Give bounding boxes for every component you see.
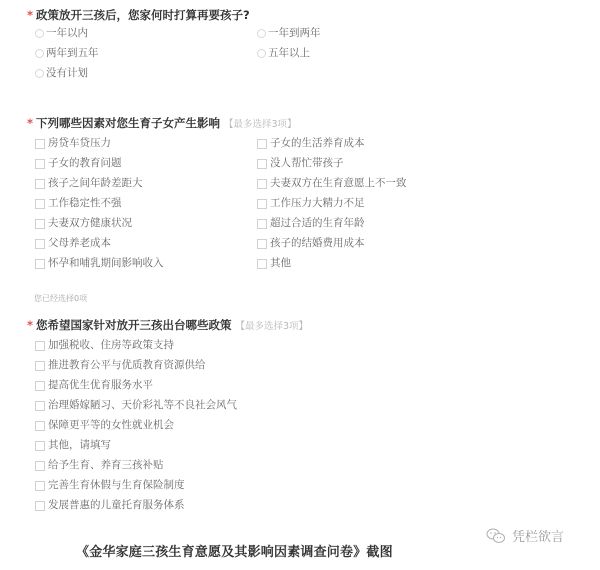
q1-option-no-plan[interactable]: 没有计划 — [35, 67, 88, 80]
q2-option[interactable]: 子女的教育问题 — [35, 157, 122, 170]
checkbox[interactable] — [35, 481, 45, 491]
q2-option[interactable]: 其他 — [257, 257, 291, 270]
q1-option-over-five-years[interactable]: 五年以上 — [257, 47, 310, 60]
option-label: 子女的生活养育成本 — [270, 137, 365, 150]
checkbox[interactable] — [257, 219, 267, 229]
image-caption: 《金华家庭三孩生育意愿及其影响因素调查问卷》截图 — [76, 541, 393, 560]
q1-option-within-one-year[interactable]: 一年以内 — [35, 27, 88, 40]
checkbox[interactable] — [35, 179, 45, 189]
question-1-text: 政策放开三孩后，您家何时打算再要孩子? — [36, 8, 250, 22]
q2-option[interactable]: 怀孕和哺乳期间影响收入 — [35, 257, 164, 270]
option-label: 没有计划 — [46, 67, 88, 80]
q3-option[interactable]: 其他，请填写 — [35, 439, 111, 452]
q1-option-two-to-five-years[interactable]: 两年到五年 — [35, 47, 99, 60]
required-mark: * — [27, 8, 33, 22]
option-label: 加强税收、住房等政策支持 — [48, 339, 174, 352]
question-1-title: *政策放开三孩后，您家何时打算再要孩子? — [27, 8, 250, 22]
checkbox[interactable] — [35, 259, 45, 269]
option-label: 提高优生优育服务水平 — [48, 379, 153, 392]
question-3-text: 您希望国家针对放开三孩出台哪些政策 — [36, 318, 232, 332]
wechat-icon — [486, 528, 506, 544]
option-label: 发展普惠的儿童托育服务体系 — [48, 499, 185, 512]
option-label: 其他，请填写 — [48, 439, 111, 452]
option-label: 给予生育、养育三孩补贴 — [48, 459, 164, 472]
watermark-text: 凭栏欲言 — [512, 526, 564, 545]
q2-option[interactable]: 工作压力大精力不足 — [257, 197, 365, 210]
option-label: 一年到两年 — [268, 27, 321, 40]
checkbox[interactable] — [35, 461, 45, 471]
watermark: 凭栏欲言 — [486, 526, 564, 545]
q3-option[interactable]: 推进教育公平与优质教育资源供给 — [35, 359, 206, 372]
option-label: 保障更平等的女性就业机会 — [48, 419, 174, 432]
radio-button[interactable] — [35, 49, 44, 58]
option-label: 孩子的结婚费用成本 — [270, 237, 365, 250]
checkbox[interactable] — [35, 441, 45, 451]
q2-option[interactable]: 孩子的结婚费用成本 — [257, 237, 365, 250]
option-label: 夫妻双方健康状况 — [48, 217, 132, 230]
option-label: 完善生育休假与生育保险制度 — [48, 479, 185, 492]
q2-option[interactable]: 工作稳定性不强 — [35, 197, 122, 210]
checkbox[interactable] — [35, 199, 45, 209]
q3-option[interactable]: 给予生育、养育三孩补贴 — [35, 459, 164, 472]
question-3-title: *您希望国家针对放开三孩出台哪些政策【最多选择3项】 — [27, 318, 308, 334]
radio-button[interactable] — [257, 29, 266, 38]
q2-option[interactable]: 父母养老成本 — [35, 237, 111, 250]
option-label: 房贷车贷压力 — [48, 137, 111, 150]
checkbox[interactable] — [257, 159, 267, 169]
selected-count-text: 您已经选择0项 — [34, 293, 87, 304]
option-label: 推进教育公平与优质教育资源供给 — [48, 359, 206, 372]
option-label: 怀孕和哺乳期间影响收入 — [48, 257, 164, 270]
checkbox[interactable] — [35, 381, 45, 391]
checkbox[interactable] — [35, 159, 45, 169]
q2-option[interactable]: 房贷车贷压力 — [35, 137, 111, 150]
checkbox[interactable] — [257, 179, 267, 189]
q3-option[interactable]: 发展普惠的儿童托育服务体系 — [35, 499, 185, 512]
question-2-text: 下列哪些因素对您生育子女产生影响 — [36, 116, 220, 130]
checkbox[interactable] — [257, 239, 267, 249]
radio-button[interactable] — [35, 29, 44, 38]
radio-button[interactable] — [35, 69, 44, 78]
checkbox[interactable] — [35, 361, 45, 371]
option-label: 孩子之间年龄差距大 — [48, 177, 143, 190]
option-label: 工作稳定性不强 — [48, 197, 122, 210]
option-label: 两年到五年 — [46, 47, 99, 60]
checkbox[interactable] — [35, 219, 45, 229]
max-selection-hint: 【最多选择3项】 — [236, 321, 309, 332]
q3-option[interactable]: 治理婚嫁陋习、天价彩礼等不良社会风气 — [35, 399, 237, 412]
checkbox[interactable] — [35, 401, 45, 411]
q2-option[interactable]: 夫妻双方健康状况 — [35, 217, 132, 230]
checkbox[interactable] — [257, 139, 267, 149]
q2-option[interactable]: 超过合适的生育年龄 — [257, 217, 365, 230]
checkbox[interactable] — [35, 421, 45, 431]
q2-option[interactable]: 子女的生活养育成本 — [257, 137, 365, 150]
q2-option[interactable]: 没人帮忙带孩子 — [257, 157, 344, 170]
q3-option[interactable]: 提高优生优育服务水平 — [35, 379, 153, 392]
q3-option[interactable]: 保障更平等的女性就业机会 — [35, 419, 174, 432]
required-mark: * — [27, 318, 33, 332]
option-label: 治理婚嫁陋习、天价彩礼等不良社会风气 — [48, 399, 237, 412]
question-2-title: *下列哪些因素对您生育子女产生影响【最多选择3项】 — [27, 116, 297, 132]
option-label: 夫妻双方在生育意愿上不一致 — [270, 177, 407, 190]
checkbox[interactable] — [35, 501, 45, 511]
checkbox[interactable] — [35, 341, 45, 351]
option-label: 超过合适的生育年龄 — [270, 217, 365, 230]
q3-option[interactable]: 完善生育休假与生育保险制度 — [35, 479, 185, 492]
radio-button[interactable] — [257, 49, 266, 58]
option-label: 其他 — [270, 257, 291, 270]
checkbox[interactable] — [35, 139, 45, 149]
q2-option[interactable]: 孩子之间年龄差距大 — [35, 177, 143, 190]
option-label: 父母养老成本 — [48, 237, 111, 250]
option-label: 五年以上 — [268, 47, 310, 60]
required-mark: * — [27, 116, 33, 130]
checkbox[interactable] — [257, 259, 267, 269]
survey-screenshot: *政策放开三孩后，您家何时打算再要孩子? 一年以内 一年到两年 两年到五年 五年… — [0, 0, 600, 570]
q1-option-one-to-two-years[interactable]: 一年到两年 — [257, 27, 321, 40]
option-label: 子女的教育问题 — [48, 157, 122, 170]
option-label: 没人帮忙带孩子 — [270, 157, 344, 170]
option-label: 工作压力大精力不足 — [270, 197, 365, 210]
q3-option[interactable]: 加强税收、住房等政策支持 — [35, 339, 174, 352]
max-selection-hint: 【最多选择3项】 — [224, 119, 297, 130]
checkbox[interactable] — [257, 199, 267, 209]
q2-option[interactable]: 夫妻双方在生育意愿上不一致 — [257, 177, 407, 190]
option-label: 一年以内 — [46, 27, 88, 40]
checkbox[interactable] — [35, 239, 45, 249]
